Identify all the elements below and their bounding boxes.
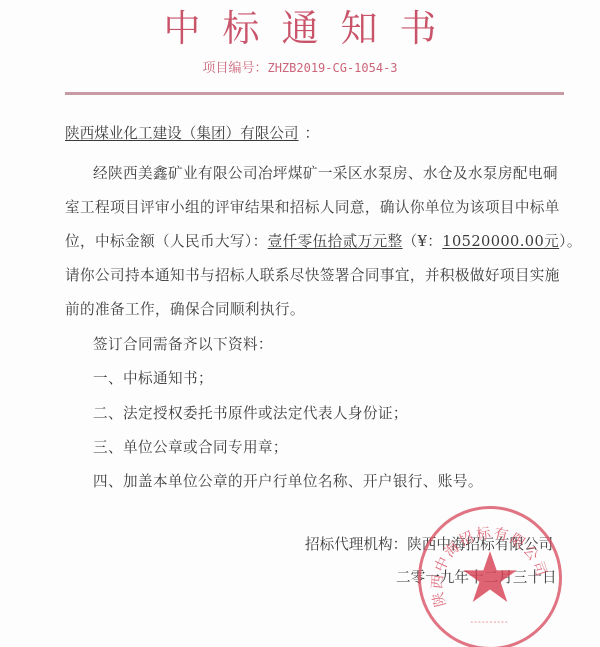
- paragraph-line-4: 请你公司持本通知书与招标人联系尽快签署合同事宜，并积极做好项目实施: [65, 267, 560, 285]
- amount-close: ）。: [559, 233, 582, 250]
- requirement-item: 四、加盖本单位公章的开户行单位名称、开户银行、账号。: [93, 473, 483, 491]
- paragraph-line-1: 经陕西美鑫矿业有限公司冶坪煤矿一采区水泵房、水仓及水泵房配电硐: [93, 165, 558, 183]
- recipient-name: 陕西煤业化工建设（集团）有限公司: [65, 125, 299, 142]
- requirement-item: 一、中标通知书；: [93, 370, 213, 388]
- requirements-intro: 签订合同需备齐以下资料：: [93, 336, 273, 354]
- amount-open: （¥：: [403, 233, 443, 250]
- paragraph-line-3: 位，中标金额（人民币大写）：壹仟零伍拾贰万元整（¥：10520000.00元）。: [65, 233, 582, 251]
- project-number: 项目编号：ZHZB2019-CG-1054-3: [0, 58, 600, 79]
- agency-signature: 招标代理机构：陕西中海招标有限公司: [305, 536, 553, 554]
- amount-in-numbers: 10520000.00元: [442, 233, 559, 250]
- agency-label: 招标代理机构：: [305, 536, 407, 553]
- paragraph-line-2: 室工程项目评审小组的评审结果和招标人同意，确认你单位为该项目中标单: [65, 199, 560, 217]
- requirement-item: 三、单位公章或合同专用章；: [93, 439, 288, 457]
- document-title: 中标通知书: [0, 6, 600, 52]
- project-number-label: 项目编号：: [202, 61, 267, 76]
- project-number-value: ZHZB2019-CG-1054-3: [267, 61, 397, 75]
- amount-label: 位，中标金额（人民币大写）：: [65, 233, 268, 250]
- paragraph-line-5: 前的准备工作，确保合同顺利执行。: [65, 301, 305, 319]
- notice-document: 中标通知书 项目编号：ZHZB2019-CG-1054-3 陕西煤业化工建设（集…: [0, 0, 600, 647]
- amount-in-words: 壹仟零伍拾贰万元整: [268, 233, 403, 250]
- agency-name: 陕西中海招标有限公司: [407, 536, 553, 553]
- recipient: 陕西煤业化工建设（集团）有限公司：: [65, 125, 560, 143]
- header-divider: [65, 92, 564, 95]
- issue-date: 二零一九年十二月三十日: [396, 569, 557, 587]
- requirement-item: 二、法定授权委托书原件或法定代表人身份证；: [93, 405, 408, 423]
- recipient-colon: ：: [305, 125, 320, 143]
